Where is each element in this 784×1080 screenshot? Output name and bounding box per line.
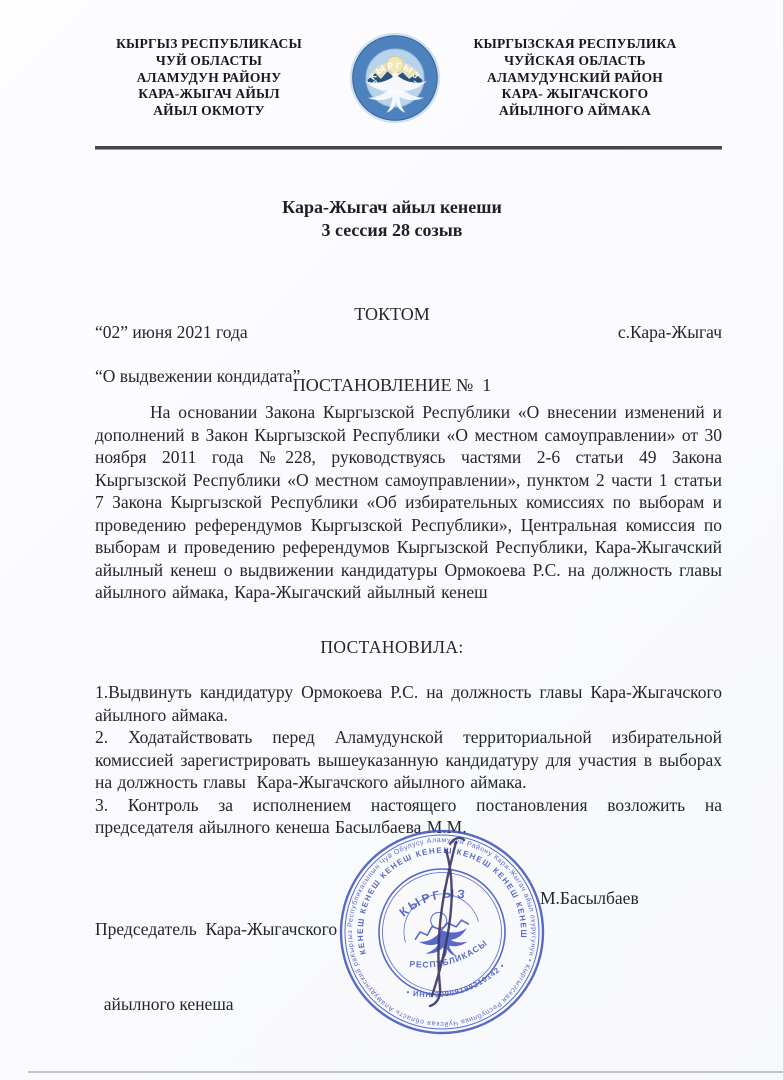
signer-role: Председатель Кара-Жыгачского айылного ке… (95, 867, 337, 1067)
document-date: “02” июня 2021 года (95, 322, 248, 343)
body-paragraph: На основании Закона Кыргызской Республик… (95, 401, 722, 604)
letterhead-line: АЛАМУДУН РАЙОНУ (100, 70, 318, 87)
letterhead-line: КЫРГЫЗСКАЯ РЕСПУБЛИКА (452, 36, 698, 53)
signer-role-line: Председатель Кара-Жыгачского (95, 917, 337, 942)
document-subject: “О выдвежении кондидата” (95, 366, 300, 387)
letterhead-line: АЙЫЛ ОКМОТУ (100, 103, 318, 120)
resolution-heading: ПОСТАНОВИЛА: (0, 637, 784, 658)
signer-role-line: айылного кенеша (95, 992, 337, 1017)
resolution-items: 1.Выдвинуть кандидатуру Ормокоева Р.С. н… (95, 681, 722, 839)
letterhead-divider (95, 146, 722, 150)
scan-edge-artifact (28, 1071, 784, 1073)
session-info: 3 сессия 28 созыв (0, 219, 784, 242)
letterhead-line: КАРА- ЖЫГАЧСКОГО (452, 86, 698, 103)
resolution-item: 1.Выдвинуть кандидатуру Ормокоева Р.С. н… (95, 681, 722, 726)
council-name: Кара-Жыгач айыл кенеши (0, 196, 784, 219)
scanned-document-page: КЫРГЫЗ РЕСПУБЛИКАСЫ ЧУЙ ОБЛАСТЫ АЛАМУДУН… (0, 0, 784, 1080)
official-stamp: Кыргыз Республикасынын Чуй Обулусу Аламу… (328, 820, 562, 1046)
document-title: Кара-Жыгач айыл кенеши 3 сессия 28 созыв (0, 196, 784, 242)
letterhead-line: КАРА-ЖЫГАЧ АЙЫЛ (100, 86, 318, 103)
letterhead-line: КЫРГЫЗ РЕСПУБЛИКАСЫ (100, 36, 318, 53)
document-place: с.Кара-Жыгач (618, 322, 722, 343)
letterhead-russian: КЫРГЫЗСКАЯ РЕСПУБЛИКА ЧУЙСКАЯ ОБЛАСТЬ АЛ… (452, 36, 698, 120)
resolution-item: 2. Ходатайствовать перед Аламудунской те… (95, 726, 722, 794)
kyrgyz-coat-of-arms-icon: КЫРГЫЗ РЕСПУБЛИКАСЫ (348, 31, 442, 125)
letterhead-line: ЧУЙ ОБЛАСТЫ (100, 53, 318, 70)
letterhead-line: АЛАМУДУНСКИЙ РАЙОН (452, 70, 698, 87)
letterhead-line: ЧУЙСКАЯ ОБЛАСТЬ (452, 53, 698, 70)
letterhead-line: АЙЫЛНОГО АЙМАКА (452, 103, 698, 120)
stamp-seal-icon: Кыргыз Республикасынын Чуй Обулусу Аламу… (328, 820, 562, 1046)
date-place-row: “02” июня 2021 года с.Кара-Жыгач (95, 322, 722, 343)
letterhead-kyrgyz: КЫРГЫЗ РЕСПУБЛИКАСЫ ЧУЙ ОБЛАСТЫ АЛАМУДУН… (100, 36, 318, 120)
